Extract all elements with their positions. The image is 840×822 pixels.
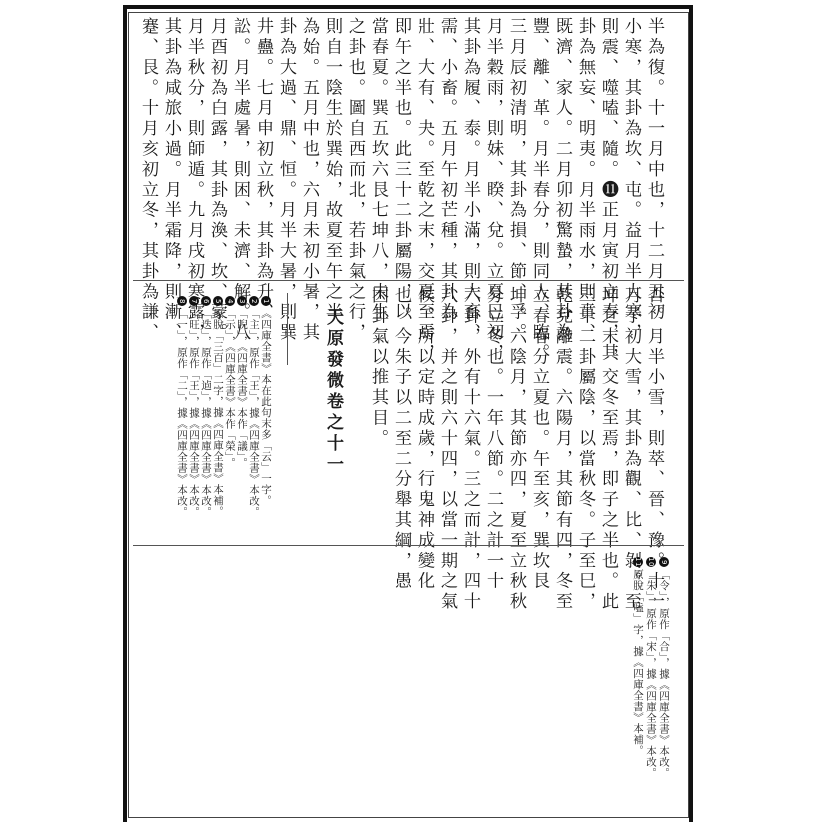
footnote-number-icon: 8 — [177, 296, 187, 306]
footnote: 6「迭」，原作「逌」，據《四庫全書》本改。 — [200, 296, 212, 518]
footnote-number-icon: 7 — [189, 296, 199, 306]
footnote: 11原脫「嗑」字，據《四庫全書》本補。 — [632, 557, 644, 756]
text-column: 因卦氣以推其目。 — [367, 286, 389, 449]
text-column: 則自一陰生於巽始，故夏至午之半 — [321, 17, 343, 323]
footnote: 2「主」，原作「王」，據《四庫全書》本改。 — [248, 296, 260, 518]
footnote-number-icon: 11 — [633, 557, 643, 567]
footnote-number-icon: 3 — [237, 296, 247, 306]
footnote-number-icon: 5 — [213, 296, 223, 306]
chapter-end-title: 天原發微卷之十一 — [321, 308, 346, 476]
footnote: 8「一」，原作「二」，據《四庫全書》本改。 — [176, 296, 188, 518]
footnote-number-icon: 6 — [201, 296, 211, 306]
band-divider — [133, 545, 684, 546]
text-column: 當春夏。巽五坎六艮七坤八，未生 — [367, 17, 389, 323]
main-text-top-band: 半為復。十一月中也，十二月丑初 小寒，其卦為坎、屯。益月半大寒， 則震、噬嗑、隨… — [131, 17, 686, 279]
footnote: 3「睨」，《四庫全書》本作「議」。 — [236, 296, 248, 468]
footnote: 9「令」，原作「合」，據《四庫全書》本改。 — [658, 557, 670, 779]
text-column: 即午之半也。此三十二卦屬陽，以 — [390, 17, 412, 323]
footnote-number-icon: 2 — [249, 296, 259, 306]
band-divider — [133, 280, 684, 281]
footnote: 10「朱」，原作「宋」，據《四庫全書》本改。 — [645, 557, 657, 779]
text-column: 也。今朱子以二至二分舉其綱，愚 — [390, 286, 412, 592]
footnote: 5原脫「三百」二字，據《四庫全書》本補。 — [212, 296, 224, 517]
text-column: 立春春分立夏也。午至亥，巽坎艮 — [528, 286, 550, 592]
footnote-number-icon: 1 — [261, 296, 271, 306]
text-column: 半為復。十一月中也，十二月丑初 — [643, 17, 665, 323]
footnote-separator — [287, 293, 288, 365]
footnote: 1《四庫全書》本在此句末多「云」一字。 — [260, 296, 272, 506]
footnote: 7「旺」，原作「王」，據《四庫全書》本改。 — [188, 296, 200, 518]
main-text-middle-band: 否。月半小雪，則萃、晉、豫。十一 月子初大雪，其卦為觀、比、剝。至 坤之末，交冬… — [131, 286, 686, 542]
footnote-number-icon: 4 — [225, 296, 235, 306]
footnote-number-icon: 9 — [659, 557, 669, 567]
footnotes-bottom-band: 9「令」，原作「合」，據《四庫全書》本改。 10「朱」，原作「宋」，據《四庫全書… — [131, 551, 686, 791]
footnote: 4「示」，《四庫全書》本作「榮」。 — [224, 296, 236, 468]
text-column: 井蠱。七月申初立秋，其卦為升、 — [252, 17, 274, 323]
footnote-number-icon: 10 — [646, 557, 656, 567]
text-column: 需、小畜。五月午初芒種，其卦為 — [436, 17, 458, 323]
text-column: 分立冬也。一年八節。二之計一十 — [482, 286, 504, 592]
text-column: 候。所以定時成歲，行鬼神成變化 — [413, 286, 435, 592]
